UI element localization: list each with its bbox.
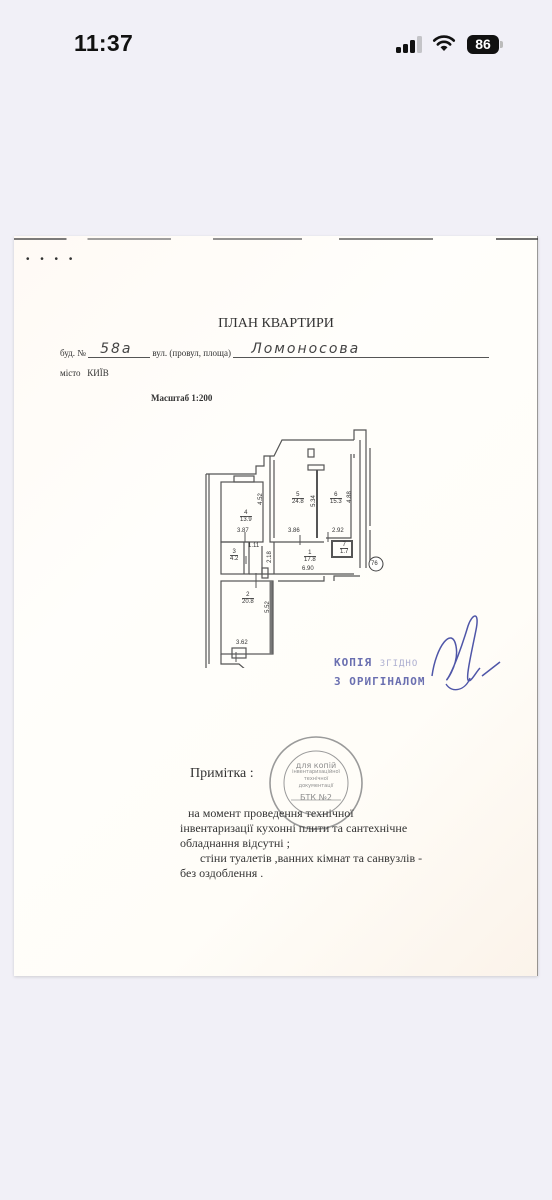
room-3-label: 3 4.2	[230, 549, 238, 562]
dimension: 6.90	[302, 566, 314, 572]
dimension: 4.52	[258, 493, 264, 505]
dimension: 2.18	[267, 551, 273, 563]
room-4-label: 4 13.9	[240, 510, 252, 523]
round-stamp-text: для копій інвентаризаційної технічної до…	[285, 762, 347, 801]
signal-icon	[396, 36, 424, 53]
battery-icon: 86	[467, 35, 499, 54]
wifi-icon	[432, 34, 456, 52]
dimension: 3.86	[288, 528, 300, 534]
address-line: буд. № 58а вул. (провул, площа) Ломоносо…	[60, 345, 489, 358]
signature	[422, 606, 502, 702]
note-title: Примітка :	[190, 766, 254, 782]
floor-plan: 4 13.9 5 24.8 6 15.3 7 1.7 3 4.2 1 17.8 …	[204, 428, 394, 668]
dimension: 1.11	[248, 543, 259, 549]
dimension: 5.52	[265, 601, 271, 613]
room-7-label: 7 1.7	[340, 542, 348, 555]
street-label: вул. (провул, площа)	[152, 348, 231, 358]
dimension: 4.88	[347, 491, 353, 503]
dimension: 5.34	[311, 495, 317, 507]
building-number: 58а	[100, 341, 132, 357]
scan-edge-top	[14, 238, 538, 240]
building-label: буд. №	[60, 348, 86, 358]
city-name: КИЇВ	[87, 368, 109, 378]
copy-stamp: КОПІЯ ЗГІДНО З ОРИГІНАЛОМ	[334, 654, 425, 690]
scan-dots: • • • •	[26, 254, 76, 265]
scale-label: Масштаб 1:200	[151, 393, 212, 403]
dimension: 3.87	[237, 528, 249, 534]
floor-plan-drawing	[204, 428, 394, 668]
status-time: 11:37	[74, 30, 133, 57]
street-name-field: Ломоносова	[233, 345, 489, 358]
battery-tip	[500, 41, 503, 48]
dimension: 3.62	[236, 640, 248, 646]
note-text: на момент проведення технічної інвентари…	[186, 806, 526, 881]
apartment-number: 76	[371, 561, 378, 567]
city-line: місто КИЇВ	[60, 368, 109, 378]
dimension: 2.92	[332, 528, 344, 534]
document-title: ПЛАН КВАРТИРИ	[14, 316, 538, 332]
city-label: місто	[60, 368, 81, 378]
room-6-label: 6 15.3	[330, 492, 342, 505]
building-number-field: 58а	[88, 345, 150, 358]
street-name: Ломоносова	[251, 341, 360, 357]
scan-edge-right	[537, 236, 538, 976]
room-5-label: 5 24.8	[292, 492, 304, 505]
room-2-label: 2 20.8	[242, 592, 254, 605]
room-1-label: 1 17.8	[304, 550, 316, 563]
document-image[interactable]: • • • • ПЛАН КВАРТИРИ буд. № 58а вул. (п…	[14, 236, 538, 976]
status-bar: 11:37 86	[0, 0, 552, 90]
